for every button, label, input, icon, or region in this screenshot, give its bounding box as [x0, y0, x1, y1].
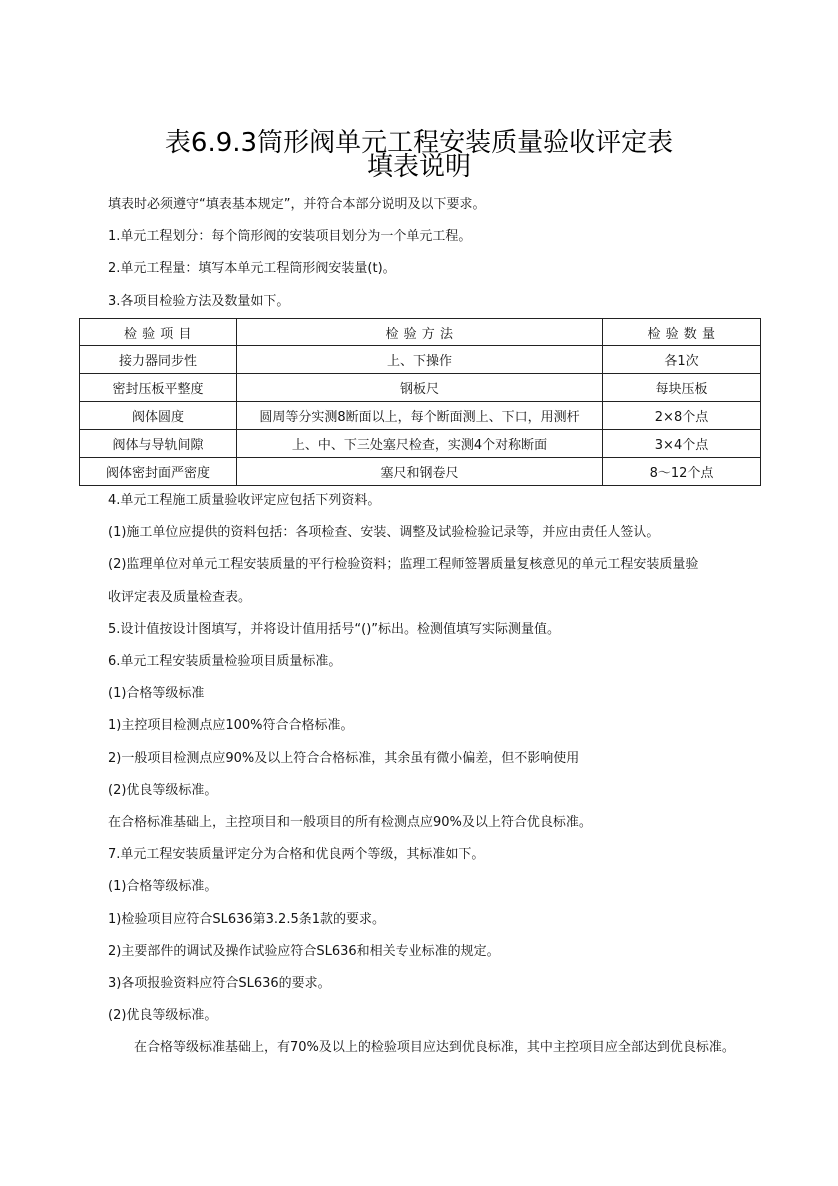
cell-quantity: 每块压板 [603, 374, 761, 402]
cell-quantity: 各1次 [603, 346, 761, 374]
document-title: 表6.9.3筒形阀单元工程安装质量验收评定表 填表说明 [0, 131, 838, 179]
table-row: 阀体与导轨间隙 上、中、下三处塞尺检查，实测4个对称断面 3×4个点 [80, 430, 761, 458]
inspection-method-table: 检 验 项 目 检 验 方 法 检 验 数 量 接力器同步性 上、下操作 各1次… [79, 318, 761, 486]
cell-item: 阀体与导轨间隙 [80, 430, 237, 458]
cell-quantity: 8～12个点 [603, 458, 761, 486]
cell-quantity: 2×8个点 [603, 402, 761, 430]
paragraph: 收评定表及质量检查表。 [108, 582, 768, 614]
cell-item: 接力器同步性 [80, 346, 237, 374]
header-inspection-item: 检 验 项 目 [80, 319, 237, 346]
paragraph: 1)主控项目检测点应100%符合合格标准。 [108, 710, 768, 742]
paragraph: 2)主要部件的调试及操作试验应符合SL636和相关专业标准的规定。 [108, 936, 768, 968]
intro-paragraph: 3.各项目检验方法及数量如下。 [108, 286, 768, 318]
paragraph: 5.设计值按设计图填写，并将设计值用括号“()”标出。检测值填写实际测量值。 [108, 614, 768, 646]
paragraph: (2)优良等级标准。 [108, 775, 768, 807]
paragraph: 6.单元工程安装质量检验项目质量标准。 [108, 646, 768, 678]
table-row: 阀体密封面严密度 塞尺和钢卷尺 8～12个点 [80, 458, 761, 486]
cell-method: 钢板尺 [237, 374, 603, 402]
paragraph: (2)优良等级标准。 [108, 1000, 768, 1032]
table-row: 阀体圆度 圆周等分实测8断面以上，每个断面测上、下口，用测杆 2×8个点 [80, 402, 761, 430]
paragraph: 在合格标准基础上，主控项目和一般项目的所有检测点应90%及以上符合优良标准。 [108, 807, 768, 839]
paragraph: (1)施工单位应提供的资料包括：各项检查、安装、调整及试验检验记录等，并应由责任… [108, 517, 768, 549]
cell-item: 密封压板平整度 [80, 374, 237, 402]
cell-quantity: 3×4个点 [603, 430, 761, 458]
cell-item: 阀体密封面严密度 [80, 458, 237, 486]
cell-method: 塞尺和钢卷尺 [237, 458, 603, 486]
table-row: 密封压板平整度 钢板尺 每块压板 [80, 374, 761, 402]
paragraph: (2)监理单位对单元工程安装质量的平行检验资料；监理工程师签署质量复核意见的单元… [108, 549, 768, 581]
cell-method: 圆周等分实测8断面以上，每个断面测上、下口，用测杆 [237, 402, 603, 430]
paragraph: (1)合格等级标准。 [108, 871, 768, 903]
header-inspection-method: 检 验 方 法 [237, 319, 603, 346]
paragraph: 7.单元工程安装质量评定分为合格和优良两个等级，其标准如下。 [108, 839, 768, 871]
paragraph: (1)合格等级标准 [108, 678, 768, 710]
title-subtitle: 填表说明 [0, 155, 838, 179]
cell-method: 上、下操作 [237, 346, 603, 374]
paragraph: 3)各项报验资料应符合SL636的要求。 [108, 968, 768, 1000]
paragraph: 2)一般项目检测点应90%及以上符合合格标准，其余虽有微小偏差，但不影响使用 [108, 743, 768, 775]
cell-item: 阀体圆度 [80, 402, 237, 430]
table-row: 接力器同步性 上、下操作 各1次 [80, 346, 761, 374]
header-inspection-quantity: 检 验 数 量 [603, 319, 761, 346]
table-header-row: 检 验 项 目 检 验 方 法 检 验 数 量 [80, 319, 761, 346]
intro-paragraph: 1.单元工程划分：每个筒形阀的安装项目划分为一个单元工程。 [108, 221, 768, 253]
intro-paragraph: 2.单元工程量：填写本单元工程筒形阀安装量(t)。 [108, 253, 768, 285]
paragraph: 1)检验项目应符合SL636第3.2.5条1款的要求。 [108, 904, 768, 936]
cell-method: 上、中、下三处塞尺检查，实测4个对称断面 [237, 430, 603, 458]
paragraph-indented: 在合格等级标准基础上，有70%及以上的检验项目应达到优良标准，其中主控项目应全部… [108, 1032, 768, 1064]
intro-paragraph: 填表时必须遵守“填表基本规定”，并符合本部分说明及以下要求。 [108, 189, 768, 221]
instructions-section: 4.单元工程施工质量验收评定应包括下列资料。 (1)施工单位应提供的资料包括：各… [108, 485, 768, 1065]
intro-section: 填表时必须遵守“填表基本规定”，并符合本部分说明及以下要求。 1.单元工程划分：… [108, 189, 768, 318]
paragraph: 4.单元工程施工质量验收评定应包括下列资料。 [108, 485, 768, 517]
